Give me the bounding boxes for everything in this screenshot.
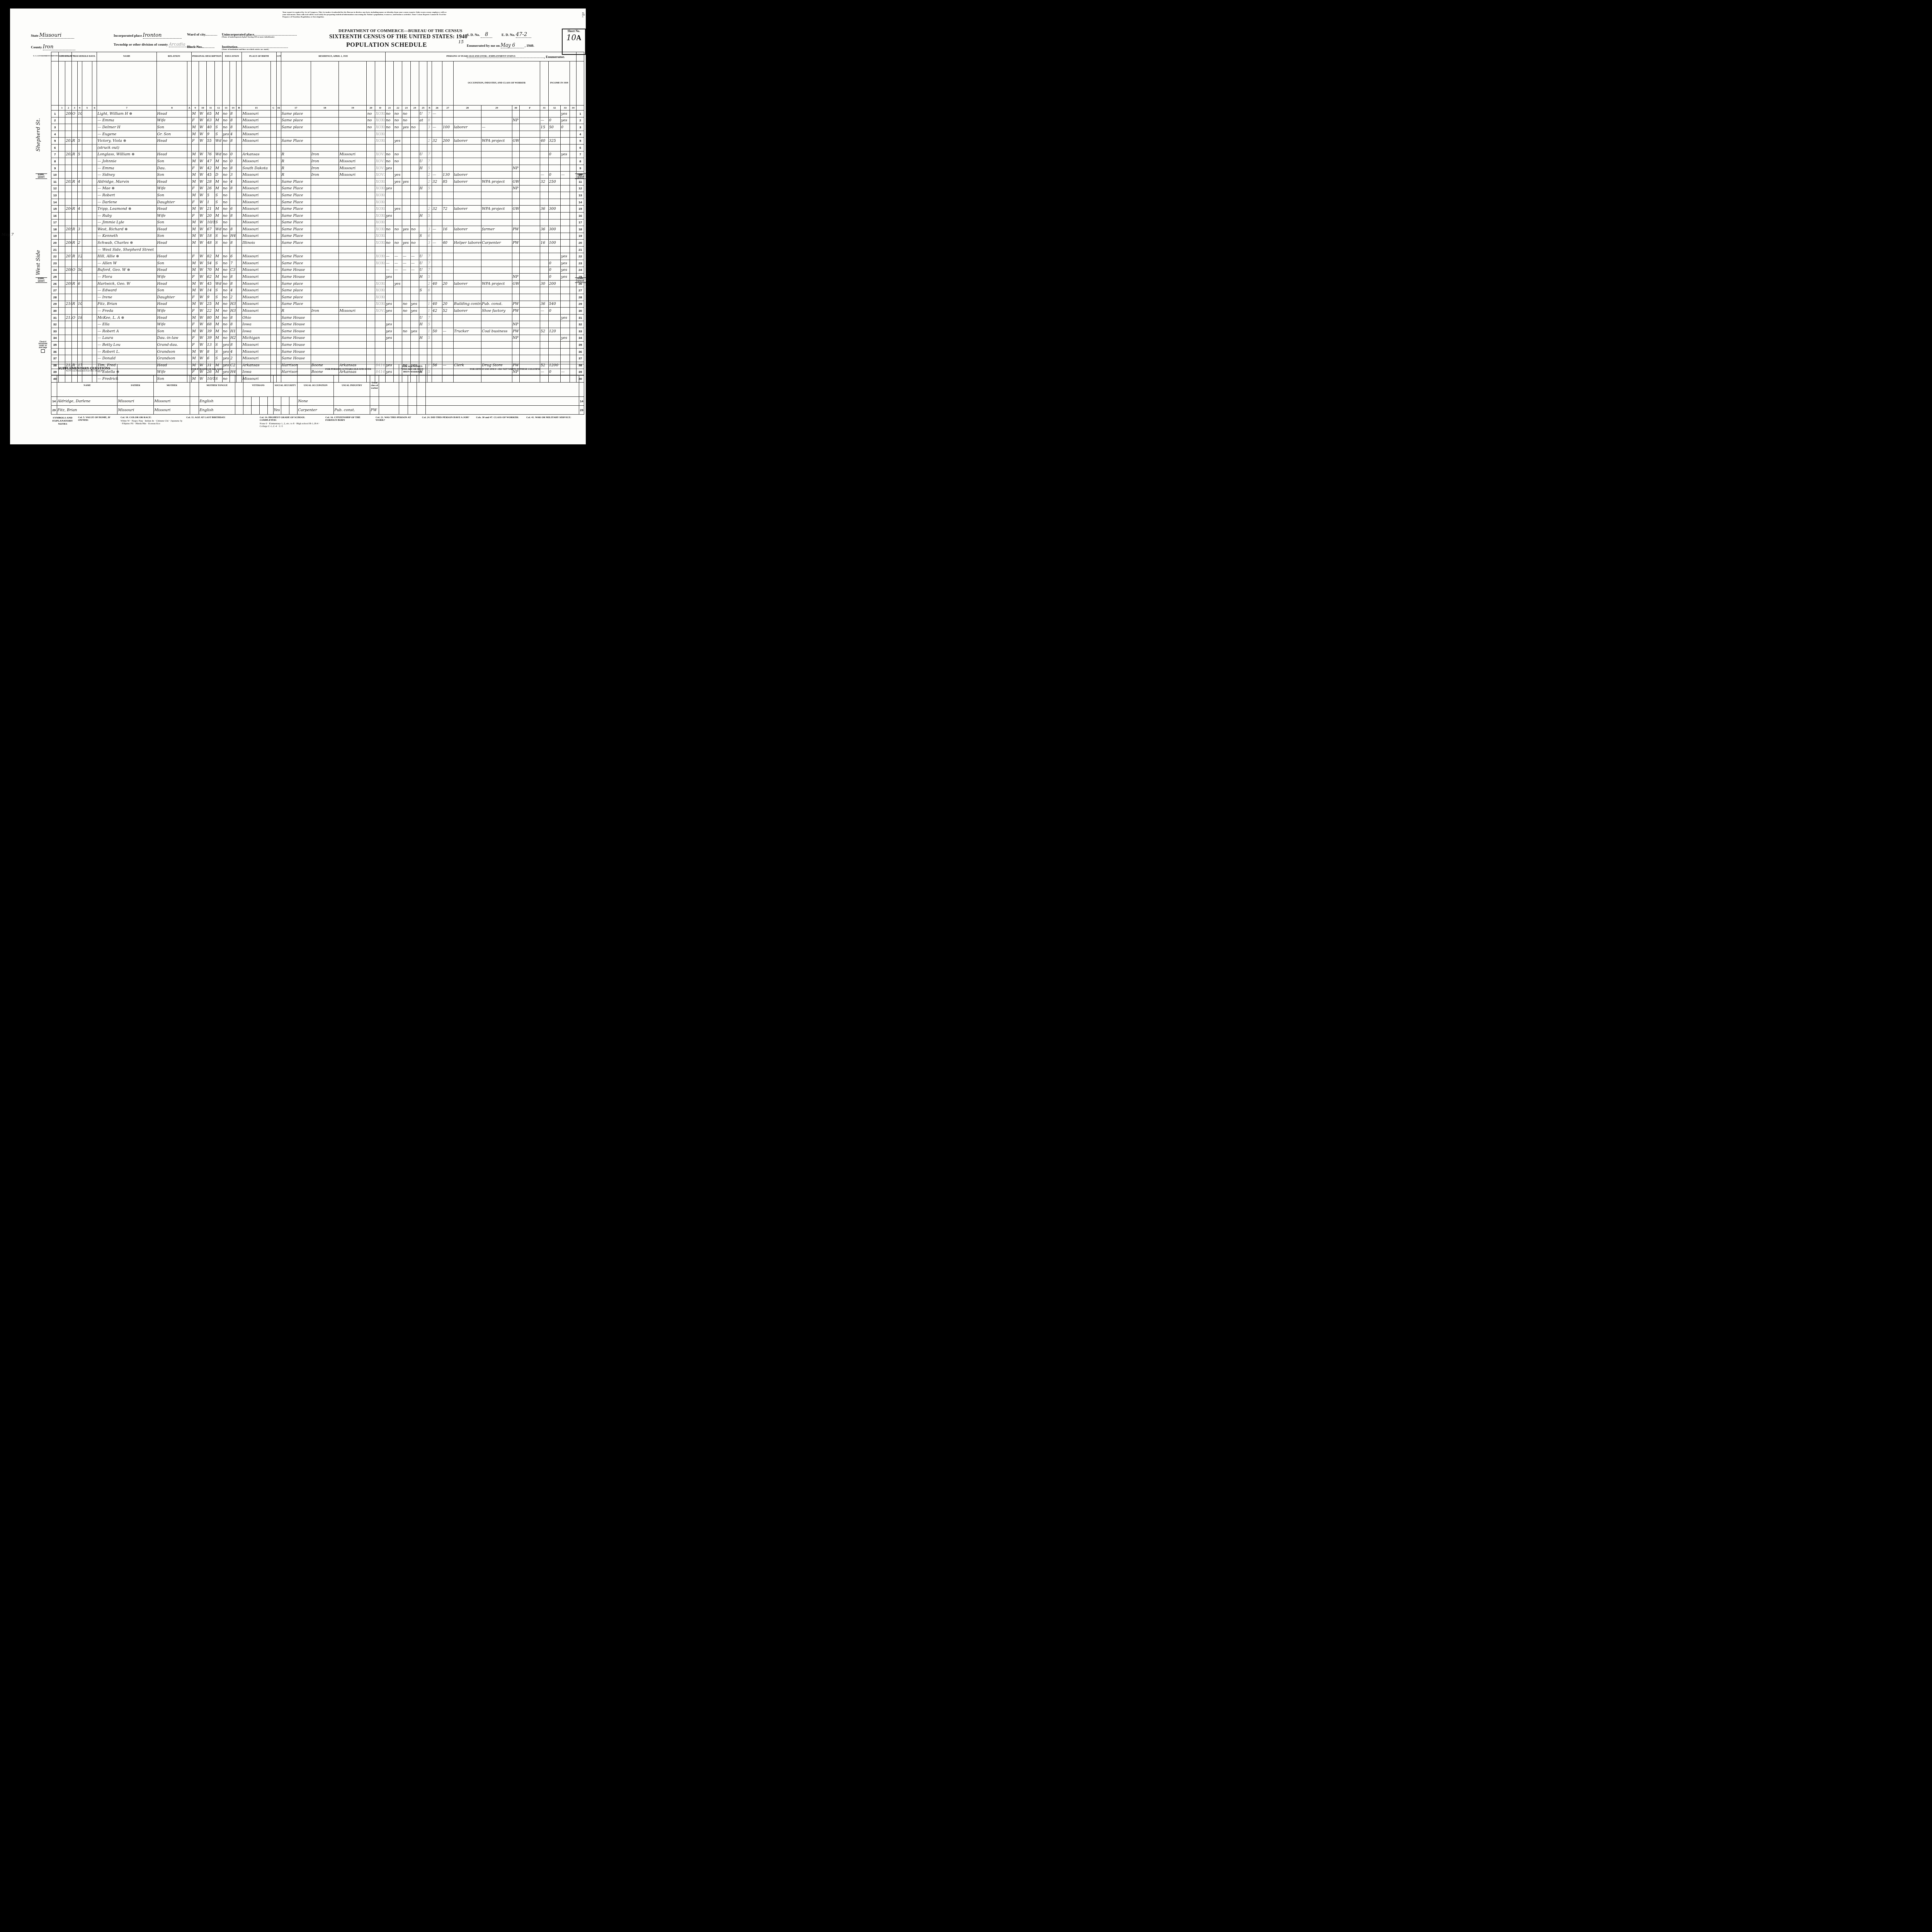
cell-ind bbox=[481, 185, 512, 192]
cell-race: W bbox=[199, 301, 206, 308]
cell-empty bbox=[570, 219, 577, 226]
cell-res18 bbox=[311, 328, 338, 335]
cell-house bbox=[65, 348, 72, 355]
cell-age: 68 bbox=[206, 321, 215, 328]
cell-empty bbox=[59, 301, 65, 308]
cell-wks bbox=[540, 246, 549, 253]
cell-own: R bbox=[72, 253, 77, 260]
cell-race: W bbox=[199, 165, 206, 172]
cell-empty bbox=[570, 111, 577, 117]
cell-value: 4 bbox=[77, 178, 82, 185]
cell-e: 7 bbox=[427, 253, 432, 260]
cell-wages bbox=[548, 342, 560, 349]
cell-birth: Iowa bbox=[242, 321, 271, 328]
cell-res19 bbox=[339, 335, 367, 342]
cell-other bbox=[561, 328, 570, 335]
cell-name: — Emma bbox=[97, 165, 156, 172]
cell-res19 bbox=[339, 206, 367, 213]
cell-empty bbox=[570, 308, 577, 315]
cell-line: 31 bbox=[51, 314, 59, 321]
cell-grade: 8 bbox=[230, 138, 236, 145]
cell-age: 62 bbox=[206, 274, 215, 281]
cell-empty bbox=[82, 151, 92, 158]
cell-res17: Same Place bbox=[281, 206, 311, 213]
cell-c26: 40 bbox=[432, 301, 442, 308]
supp-cell-empty bbox=[399, 406, 408, 415]
cell-sch: no bbox=[222, 301, 230, 308]
supp-cell-empty bbox=[399, 397, 408, 406]
cell-empty bbox=[276, 172, 281, 179]
cell-c25 bbox=[419, 178, 427, 185]
cell-farm bbox=[367, 192, 375, 199]
cell-empty bbox=[271, 348, 276, 355]
cell-rel bbox=[156, 144, 187, 151]
cell-wks bbox=[540, 355, 549, 362]
cell-e: 2 bbox=[427, 280, 432, 287]
supp-header-14-over: FOR PERSONS 14 YEARS OLD AND OVER bbox=[298, 364, 399, 375]
cell-occ bbox=[453, 355, 481, 362]
cell-empty bbox=[520, 348, 540, 355]
cell-sch: no bbox=[222, 124, 230, 131]
cell-empty bbox=[82, 308, 92, 315]
cell-c24 bbox=[410, 348, 419, 355]
cell-ind bbox=[481, 199, 512, 206]
supplementary-row: 14Aldridge, DarleneMissouriMissouriEngli… bbox=[51, 397, 584, 406]
cell-c24 bbox=[410, 246, 419, 253]
cell-age: 55 bbox=[206, 138, 215, 145]
supp-cell-empty bbox=[417, 397, 426, 406]
cell-d: XOXO bbox=[375, 131, 386, 138]
cell-c22: — bbox=[394, 267, 402, 274]
cell-empty bbox=[59, 212, 65, 219]
cell-empty bbox=[92, 124, 97, 131]
cell-res18 bbox=[311, 274, 338, 281]
cell-rel: Dau. bbox=[156, 165, 187, 172]
column-number: 25 bbox=[419, 105, 427, 111]
column-number: 20 bbox=[367, 105, 375, 111]
sd-field: S. D. No. 8 bbox=[467, 32, 492, 38]
block-field: Block Nos. bbox=[187, 45, 214, 49]
cell-other bbox=[561, 165, 570, 172]
cell-value: 12 bbox=[77, 253, 82, 260]
cell-mar: M bbox=[215, 185, 222, 192]
cell-wages: 50 bbox=[548, 124, 560, 131]
cell-wks bbox=[540, 151, 549, 158]
cell-age: 45 bbox=[206, 172, 215, 179]
cell-own bbox=[72, 199, 77, 206]
cell-c25 bbox=[419, 342, 427, 349]
cell-sch: no bbox=[222, 111, 230, 117]
cell-c22: no bbox=[394, 111, 402, 117]
cell-own bbox=[72, 233, 77, 240]
cell-d: XOXO bbox=[375, 253, 386, 260]
cell-race: W bbox=[199, 321, 206, 328]
cell-c23 bbox=[402, 185, 411, 192]
cell-house: 200 bbox=[65, 111, 72, 117]
cell-c21: yes bbox=[385, 274, 394, 281]
table-row: 19— KennethSonMW18SnoH4MissouriSame Plac… bbox=[51, 233, 584, 240]
cell-empty bbox=[520, 280, 540, 287]
cell-farm bbox=[367, 219, 375, 226]
cell-occ: Trucker bbox=[453, 328, 481, 335]
cell-c22 bbox=[394, 233, 402, 240]
cell-c21: yes bbox=[385, 321, 394, 328]
cell-c26 bbox=[432, 144, 442, 151]
cell-value bbox=[77, 308, 82, 315]
cell-c23 bbox=[402, 314, 411, 321]
cell-sex: M bbox=[192, 287, 199, 294]
cell-empty bbox=[59, 219, 65, 226]
cell-house bbox=[65, 246, 72, 253]
cell-value bbox=[77, 233, 82, 240]
cell-res18 bbox=[311, 253, 338, 260]
cell-res19: Missouri bbox=[339, 158, 367, 165]
cell-empty bbox=[82, 165, 92, 172]
cell-own bbox=[72, 219, 77, 226]
supp-cell-father: Missouri bbox=[117, 406, 154, 415]
cell-own bbox=[72, 321, 77, 328]
cell-ind: — bbox=[481, 124, 512, 131]
cell-d bbox=[375, 314, 386, 321]
cell-empty bbox=[520, 335, 540, 342]
cell-value bbox=[77, 260, 82, 267]
cell-line: 17 bbox=[51, 219, 59, 226]
cell-c21: — bbox=[385, 267, 394, 274]
cell-c23 bbox=[402, 165, 411, 172]
cell-grade: 8 bbox=[230, 226, 236, 233]
cell-occ bbox=[453, 267, 481, 274]
cell-empty bbox=[276, 267, 281, 274]
cell-c21 bbox=[385, 355, 394, 362]
cell-line: 31 bbox=[577, 314, 584, 321]
cell-sex: M bbox=[192, 240, 199, 247]
cell-name: — Ella bbox=[97, 321, 156, 328]
cell-empty bbox=[271, 212, 276, 219]
cell-c21: no bbox=[385, 158, 394, 165]
cell-cls: NP bbox=[512, 165, 519, 172]
census-sheet: State Missouri County Iron Incorporated … bbox=[10, 9, 586, 444]
cell-res18 bbox=[311, 226, 338, 233]
cell-d: XOXO bbox=[375, 233, 386, 240]
cell-own bbox=[72, 172, 77, 179]
cell-empty bbox=[271, 314, 276, 321]
cell-birth: Missouri bbox=[242, 233, 271, 240]
cell-name: — Sidney bbox=[97, 172, 156, 179]
table-row: 6(struck out)6 bbox=[51, 144, 584, 151]
cell-c26 bbox=[432, 165, 442, 172]
cell-e bbox=[427, 131, 432, 138]
supp-cell-empty bbox=[190, 406, 199, 415]
cell-d: XOXO bbox=[375, 111, 386, 117]
cell-c25 bbox=[419, 328, 427, 335]
cell-cls bbox=[512, 246, 519, 253]
cell-line: 28 bbox=[577, 294, 584, 301]
cell-empty bbox=[271, 206, 276, 213]
cell-c27: 85 bbox=[442, 178, 453, 185]
cell-name: (struck out) bbox=[97, 144, 156, 151]
cell-empty bbox=[187, 206, 192, 213]
header-household: HOUSEHOLD DATA bbox=[72, 52, 97, 61]
cell-ind: Coal business bbox=[481, 328, 512, 335]
cell-wages bbox=[548, 233, 560, 240]
cell-own bbox=[72, 342, 77, 349]
cell-own: O bbox=[72, 111, 77, 117]
cell-empty bbox=[570, 165, 577, 172]
cell-birth: Missouri bbox=[242, 178, 271, 185]
cell-c23 bbox=[402, 138, 411, 145]
cell-empty bbox=[271, 178, 276, 185]
cell-own bbox=[72, 212, 77, 219]
cell-res18 bbox=[311, 246, 338, 253]
cell-d: XOXO bbox=[375, 280, 386, 287]
cell-grade: 8 bbox=[230, 321, 236, 328]
cell-empty bbox=[271, 144, 276, 151]
cell-empty bbox=[520, 158, 540, 165]
cell-line: 27 bbox=[51, 287, 59, 294]
cell-empty bbox=[82, 294, 92, 301]
cell-grade: 2 bbox=[230, 294, 236, 301]
cell-empty bbox=[59, 280, 65, 287]
cell-empty bbox=[82, 219, 92, 226]
cell-mar: M bbox=[215, 206, 222, 213]
cell-value bbox=[77, 321, 82, 328]
cell-farm bbox=[367, 294, 375, 301]
cell-empty bbox=[271, 274, 276, 281]
cell-age: 28 bbox=[206, 178, 215, 185]
cell-c21 bbox=[385, 233, 394, 240]
supplementary-body: 14Aldridge, DarleneMissouriMissouriEngli… bbox=[51, 397, 584, 415]
cell-mar: S bbox=[215, 233, 222, 240]
cell-rel: Son bbox=[156, 328, 187, 335]
cell-wks bbox=[540, 212, 549, 219]
cell-wks: 36 bbox=[540, 301, 549, 308]
cell-e: 6 bbox=[427, 287, 432, 294]
cell-sch: no bbox=[222, 151, 230, 158]
cell-occ bbox=[453, 314, 481, 321]
cell-c21: yes bbox=[385, 165, 394, 172]
cell-empty bbox=[187, 335, 192, 342]
cell-age: 76 bbox=[206, 151, 215, 158]
cell-res17: Same place bbox=[281, 287, 311, 294]
cell-d bbox=[375, 355, 386, 362]
cell-sex: M bbox=[192, 124, 199, 131]
cell-own bbox=[72, 246, 77, 253]
cell-res17: Same Place bbox=[281, 199, 311, 206]
header-personal: PERSONAL DESCRIPTION bbox=[192, 52, 223, 61]
cell-own: O bbox=[72, 267, 77, 274]
cell-ind bbox=[481, 335, 512, 342]
cell-line: 3 bbox=[577, 124, 584, 131]
cell-c24: yes bbox=[410, 308, 419, 315]
cell-empty bbox=[271, 328, 276, 335]
cell-own: R bbox=[72, 226, 77, 233]
cell-occ bbox=[453, 165, 481, 172]
cell-farm bbox=[367, 348, 375, 355]
supp-cell-ind: Pub. const. bbox=[334, 406, 370, 415]
cell-grade: 3 bbox=[230, 172, 236, 179]
cell-empty bbox=[271, 280, 276, 287]
cell-c26 bbox=[432, 267, 442, 274]
cell-value: 5000 bbox=[77, 267, 82, 274]
cell-sex: F bbox=[192, 294, 199, 301]
sheet-number-box: Sheet No. 10A bbox=[562, 29, 586, 55]
cell-empty bbox=[271, 240, 276, 247]
cell-age: 20 bbox=[206, 212, 215, 219]
note-col16: Col. 16. CITIZENSHIP OF THE FOREIGN BORN bbox=[325, 416, 372, 422]
cell-birth: Missouri bbox=[242, 192, 271, 199]
cell-own bbox=[72, 192, 77, 199]
cell-wks: 30 bbox=[540, 280, 549, 287]
column-number: 18 bbox=[311, 105, 338, 111]
cell-d: XOXO bbox=[375, 185, 386, 192]
cell-e: 7 bbox=[427, 111, 432, 117]
cell-empty bbox=[570, 328, 577, 335]
cell-house: 204 bbox=[65, 206, 72, 213]
cell-rel: Daughter bbox=[156, 294, 187, 301]
cell-d: XOV3 bbox=[375, 308, 386, 315]
cell-empty bbox=[82, 274, 92, 281]
cell-name: — Freda bbox=[97, 308, 156, 315]
cell-empty bbox=[520, 328, 540, 335]
cell-sex: F bbox=[192, 212, 199, 219]
column-number bbox=[577, 105, 584, 111]
cell-value bbox=[77, 117, 82, 124]
cell-mar: S bbox=[215, 348, 222, 355]
cell-birth: Arkansas bbox=[242, 151, 271, 158]
cell-c23 bbox=[402, 342, 411, 349]
cell-empty bbox=[276, 219, 281, 226]
cell-race: W bbox=[199, 226, 206, 233]
cell-res18 bbox=[311, 240, 338, 247]
cell-name: — Robert bbox=[97, 192, 156, 199]
cell-res18 bbox=[311, 124, 338, 131]
cell-res17: Same Place bbox=[281, 192, 311, 199]
cell-grade: 8 bbox=[230, 314, 236, 321]
cell-res18 bbox=[311, 348, 338, 355]
cell-birth: Missouri bbox=[242, 138, 271, 145]
cell-empty bbox=[82, 280, 92, 287]
cell-mar: Wd bbox=[215, 226, 222, 233]
cell-farm bbox=[367, 151, 375, 158]
cell-c24 bbox=[410, 185, 419, 192]
cell-mar: S bbox=[215, 294, 222, 301]
cell-sch: no bbox=[222, 328, 230, 335]
cell-grade: 8 bbox=[230, 212, 236, 219]
cell-empty bbox=[570, 267, 577, 274]
cell-wages: 0 bbox=[548, 274, 560, 281]
cell-empty bbox=[236, 219, 241, 226]
cell-house bbox=[65, 274, 72, 281]
cell-res18: Iron bbox=[311, 151, 338, 158]
cell-birth: Missouri bbox=[242, 219, 271, 226]
cell-mar: M bbox=[215, 301, 222, 308]
cell-empty bbox=[570, 131, 577, 138]
cell-c26 bbox=[432, 355, 442, 362]
cell-c24 bbox=[410, 219, 419, 226]
cell-sch: no bbox=[222, 117, 230, 124]
household-continued-checkbox[interactable] bbox=[41, 349, 45, 353]
cell-c23: no bbox=[402, 328, 411, 335]
cell-res19 bbox=[339, 117, 367, 124]
cell-grade: 8 bbox=[230, 274, 236, 281]
cell-line: 9 bbox=[51, 165, 59, 172]
cell-age: 42 bbox=[206, 165, 215, 172]
cell-wks: 52 bbox=[540, 328, 549, 335]
cell-empty bbox=[271, 111, 276, 117]
cell-age: 25 bbox=[206, 301, 215, 308]
cell-farm bbox=[367, 185, 375, 192]
cell-age: 9 bbox=[206, 131, 215, 138]
cell-farm bbox=[367, 274, 375, 281]
cell-sex bbox=[192, 144, 199, 151]
cell-line: 27 bbox=[577, 287, 584, 294]
cell-mar: M bbox=[215, 335, 222, 342]
cell-c22: yes bbox=[394, 206, 402, 213]
cell-empty bbox=[59, 124, 65, 131]
cell-empty bbox=[236, 240, 241, 247]
cell-c22: no bbox=[394, 240, 402, 247]
margin-number: 15 bbox=[458, 39, 464, 44]
cell-wages bbox=[548, 131, 560, 138]
cell-own: R bbox=[72, 206, 77, 213]
cell-c22 bbox=[394, 131, 402, 138]
cell-e bbox=[427, 348, 432, 355]
cell-empty bbox=[187, 151, 192, 158]
cell-sex: M bbox=[192, 131, 199, 138]
cell-cls bbox=[512, 131, 519, 138]
cell-empty bbox=[276, 212, 281, 219]
cell-sex: F bbox=[192, 342, 199, 349]
cell-grade: 6 bbox=[230, 253, 236, 260]
cell-c23 bbox=[402, 321, 411, 328]
cell-c24 bbox=[410, 274, 419, 281]
supp-cell-occ: None bbox=[298, 397, 334, 406]
cell-ind bbox=[481, 348, 512, 355]
cell-res18 bbox=[311, 111, 338, 117]
cell-cls: PW bbox=[512, 308, 519, 315]
cell-c23 bbox=[402, 280, 411, 287]
cell-race bbox=[199, 144, 206, 151]
cell-c27: 20 bbox=[442, 301, 453, 308]
cell-farm bbox=[367, 335, 375, 342]
cell-empty bbox=[236, 335, 241, 342]
cell-birth: Illinois bbox=[242, 240, 271, 247]
cell-d bbox=[375, 144, 386, 151]
cell-empty bbox=[236, 212, 241, 219]
note-col41: Col. 41. WAR OR MILITARY SERVICE: bbox=[526, 416, 580, 419]
supp-cell-empty bbox=[426, 397, 579, 406]
cell-c27 bbox=[442, 274, 453, 281]
cell-ind bbox=[481, 294, 512, 301]
cell-c23: no bbox=[402, 111, 411, 117]
cell-mar: S bbox=[215, 131, 222, 138]
column-number: 4 bbox=[77, 105, 82, 111]
cell-rel: Son bbox=[156, 192, 187, 199]
supp-cell-empty bbox=[267, 397, 273, 406]
cell-empty bbox=[236, 274, 241, 281]
cell-occ: laborer bbox=[453, 138, 481, 145]
cell-c22 bbox=[394, 246, 402, 253]
cell-empty bbox=[92, 274, 97, 281]
cell-line: 25 bbox=[51, 274, 59, 281]
column-number: 6 bbox=[92, 105, 97, 111]
cell-value bbox=[77, 158, 82, 165]
cell-c23 bbox=[402, 246, 411, 253]
cell-line: 2 bbox=[577, 117, 584, 124]
cell-e bbox=[427, 192, 432, 199]
cell-house bbox=[65, 287, 72, 294]
cell-line: 17 bbox=[577, 219, 584, 226]
